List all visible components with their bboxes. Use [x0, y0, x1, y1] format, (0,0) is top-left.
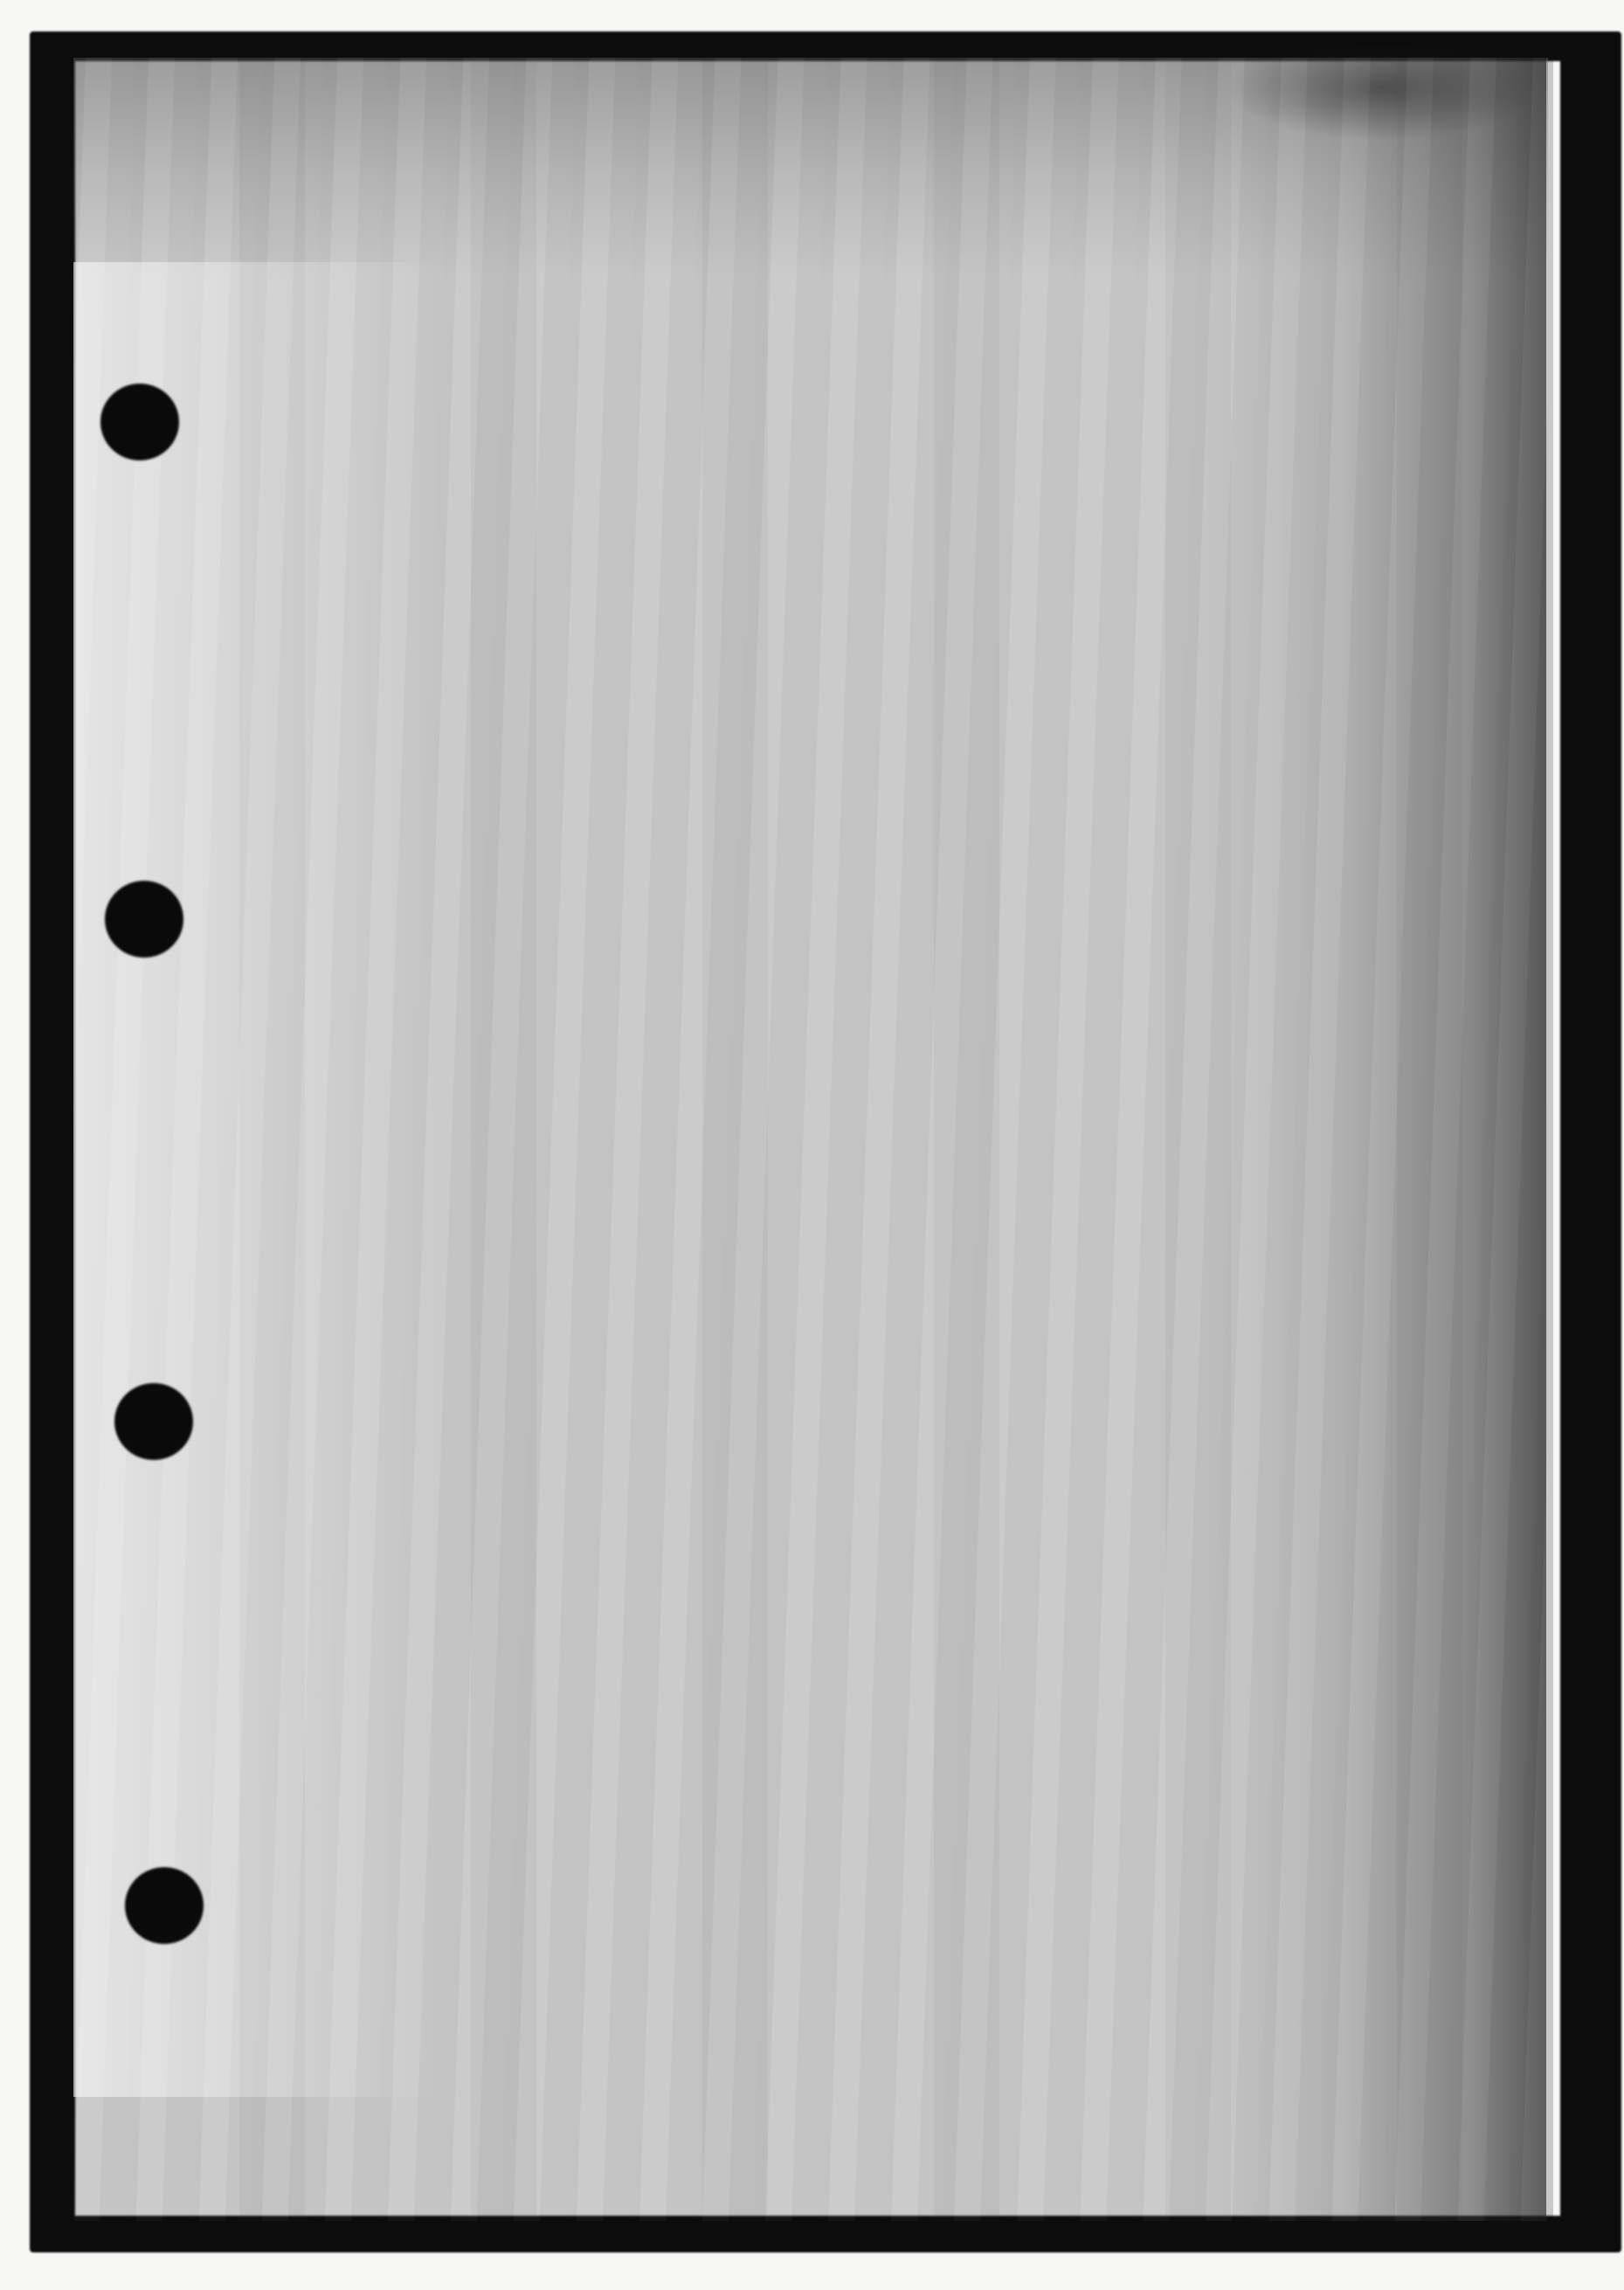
punch-hole-icon: [100, 384, 179, 460]
punch-hole-icon: [114, 1383, 193, 1460]
punch-hole-icon: [105, 881, 183, 958]
punch-hole-icon: [125, 1867, 204, 1944]
scanned-page-paper: [68, 54, 1553, 2226]
